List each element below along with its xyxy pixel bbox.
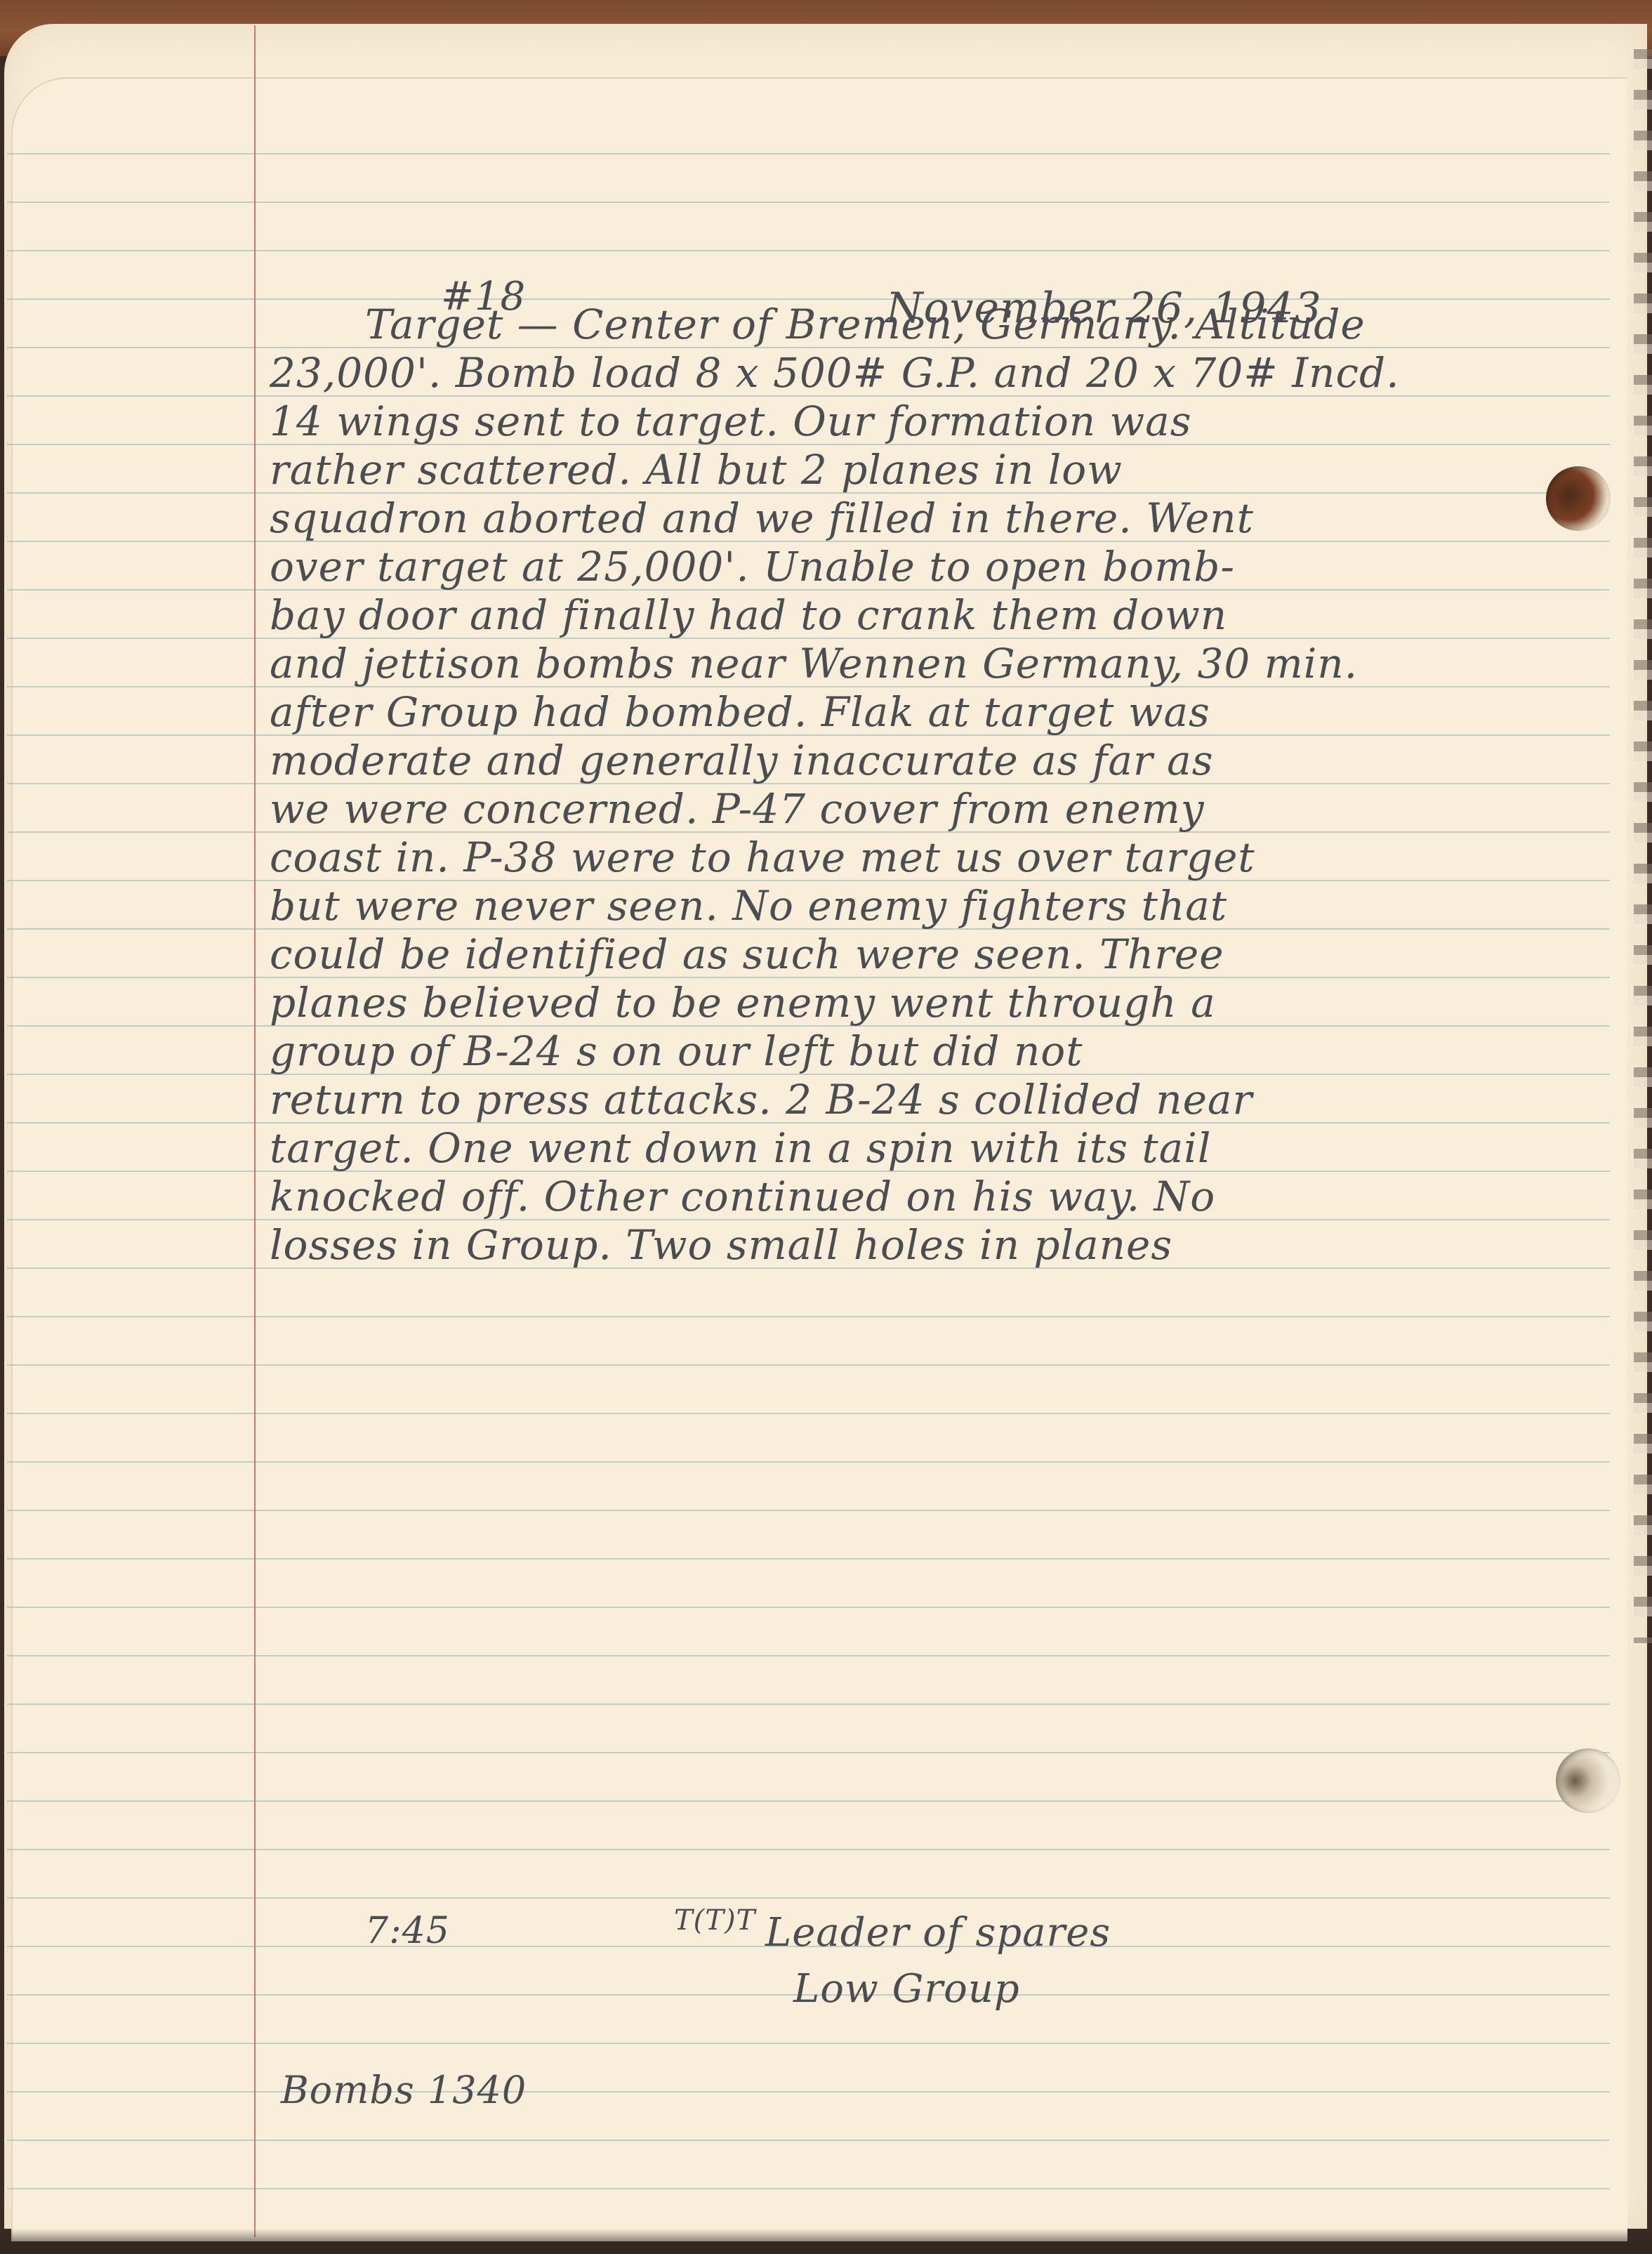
- binder-hole-bottom: [1556, 1748, 1620, 1813]
- ruled-line: [7, 1510, 1610, 1511]
- body-line: after Group had bombed. Flak at target w…: [270, 688, 1210, 736]
- ruled-line: [7, 1316, 1610, 1317]
- body-line: Target — Center of Bremen, Germany. Alti…: [365, 301, 1366, 348]
- body-line: we were concerned. P-47 cover from enemy: [270, 785, 1205, 833]
- body-line: squadron aborted and we filled in there.…: [270, 494, 1254, 542]
- body-line: target. One went down in a spin with its…: [270, 1124, 1211, 1172]
- body-line: knocked off. Other continued on his way.…: [270, 1173, 1215, 1220]
- body-line: and jettison bombs near Wennen Germany, …: [270, 640, 1358, 687]
- body-line: could be identified as such were seen. T…: [270, 930, 1224, 978]
- ruled-line: [7, 2091, 1610, 2092]
- ruled-line: [7, 2043, 1610, 2044]
- body-line: 23,000'. Bomb load 8 x 500# G.P. and 20 …: [270, 349, 1400, 397]
- ruled-line: [7, 1558, 1610, 1560]
- ruled-line: [7, 298, 1610, 300]
- flight-time: 7:45: [365, 1910, 450, 1952]
- body-line: moderate and generally inaccurate as far…: [270, 737, 1214, 784]
- ruled-line: [7, 1461, 1610, 1463]
- body-line: 14 wings sent to target. Our formation w…: [270, 397, 1192, 445]
- role-note: Leader of spares: [765, 1910, 1111, 1956]
- role-mark: T(T)T: [674, 1904, 755, 1937]
- ruled-line: [7, 1413, 1610, 1414]
- ruled-line: [7, 1897, 1610, 1899]
- body-line: rather scattered. All but 2 planes in lo…: [270, 446, 1123, 494]
- ruled-line: [7, 1800, 1610, 1802]
- body-line: bay door and finally had to crank them d…: [270, 591, 1227, 639]
- ruled-line: [7, 2188, 1610, 2189]
- body-line: return to press attacks. 2 B-24 s collid…: [270, 1076, 1253, 1123]
- body-line: group of B-24 s on our left but did not: [270, 1027, 1083, 1075]
- body-line: planes believed to be enemy went through…: [270, 979, 1216, 1027]
- binder-hole-top: [1546, 466, 1611, 531]
- body-line: but were never seen. No enemy fighters t…: [270, 882, 1227, 930]
- ruled-line: [7, 1655, 1610, 1656]
- ruled-line: [7, 250, 1610, 251]
- ruled-line: [7, 1364, 1610, 1366]
- margin-line: [254, 25, 256, 2237]
- ruled-line: [7, 1752, 1610, 1753]
- ruled-line: [7, 2140, 1610, 2141]
- spiral-binding: [1634, 28, 1652, 1643]
- group-note: Low Group: [793, 1966, 1020, 2012]
- body-line: over target at 25,000'. Unable to open b…: [270, 543, 1235, 591]
- ruled-line: [7, 1849, 1610, 1850]
- bombs-count: Bombs 1340: [281, 2068, 527, 2112]
- ruled-line: [7, 202, 1610, 203]
- body-line: coast in. P-38 were to have met us over …: [270, 833, 1255, 881]
- ruled-line: [7, 1607, 1610, 1608]
- page-bottom-shadow: [0, 2229, 1652, 2254]
- ruled-line: [7, 153, 1610, 154]
- ruled-line: [7, 1703, 1610, 1705]
- body-line: losses in Group. Two small holes in plan…: [270, 1221, 1172, 1269]
